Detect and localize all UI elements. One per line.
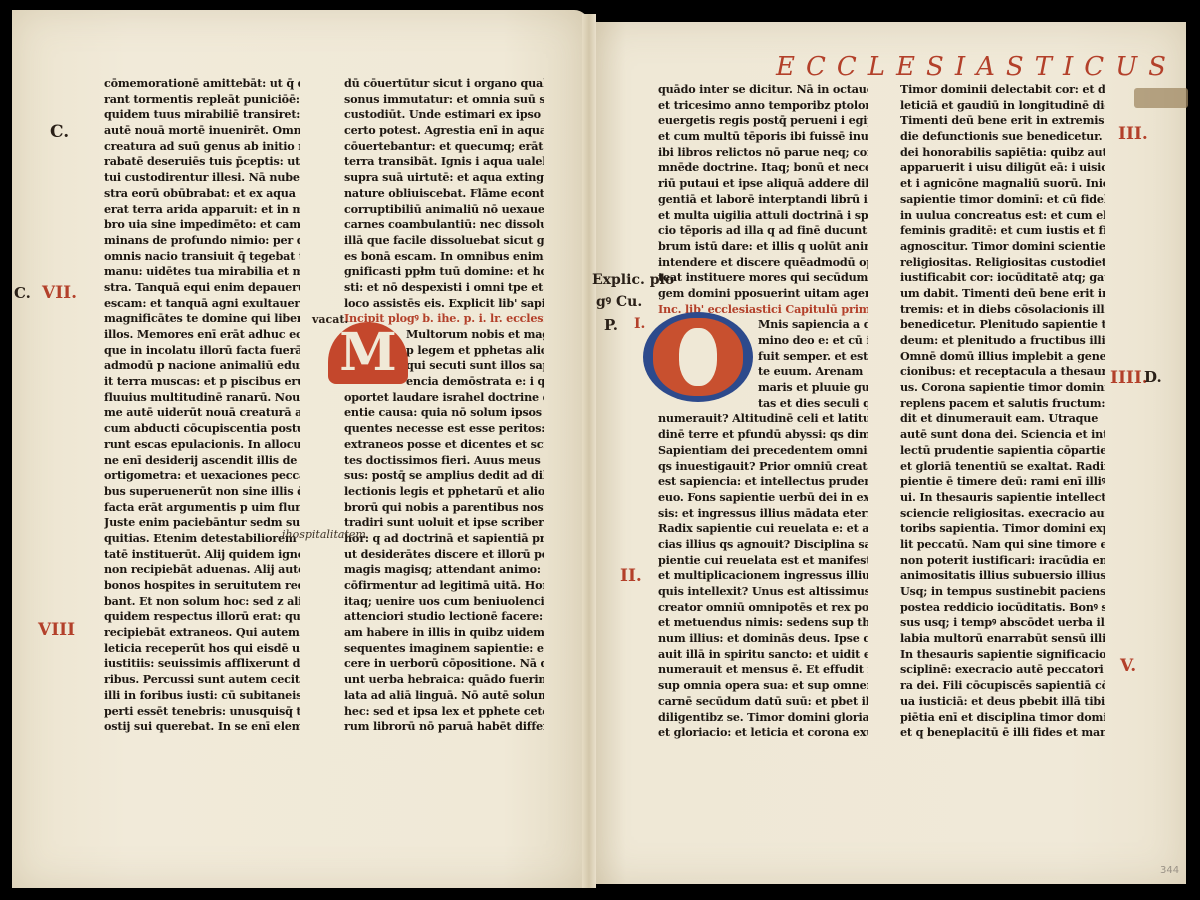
text-line: supra suā uirtutē: et aqua extinguentis — [344, 170, 544, 186]
text-line: ut desiderātes discere et illorū periti … — [344, 547, 544, 563]
margin-i: I. — [634, 316, 645, 332]
text-line: feminis graditē: et cum iustis et fideli… — [900, 223, 1105, 239]
text-line: lata ad aliā linguā. Nō autē solum — [344, 688, 544, 704]
text-line: ne enī desiderij ascendit illis de mari — [104, 453, 300, 469]
text-line: pientie ē timere deū: rami enī illiꝰ lon… — [900, 474, 1105, 490]
text-line: certo potest. Agrestia enī in aquatica — [344, 123, 544, 139]
text-line: rant tormentis repleāt puniciōē: et ipsi — [104, 92, 300, 108]
text-line: ua iusticiā: et deus pbebit illā tibi. S… — [900, 694, 1105, 710]
text-line: entie causa: quia nō solum ipsos lo- — [344, 405, 544, 421]
text-line: cōmemorationē amittebāt: ut q̄ dee- — [104, 76, 300, 92]
illuminated-initial-m: M — [328, 322, 408, 384]
text-line: cōfirmentur ad legitimā uitā. Hortor — [344, 578, 544, 594]
text-line: hec: sed et ipsa lex et pphete ceteraq; … — [344, 704, 544, 720]
text-line: us. Corona sapientie timor domini: — [900, 380, 1105, 396]
text-line: apparuerit i uisu diligūt eā: i uisione — [900, 160, 1105, 176]
right-column-2: Timor dominii delectabit cor: et dabitle… — [900, 82, 1105, 741]
text-line: lectū prudentie sapientia cōpartietur: — [900, 443, 1105, 459]
text-line: custodiūt. Unde estimari ex ipso uisu — [344, 107, 544, 123]
text-line: quentes necesse est esse peritos: sed et… — [344, 421, 544, 437]
text-line: euergetis regis postq̄ perueni i egiptū: — [658, 113, 868, 129]
text-line: creator omniū omnipotēs et rex poten- — [658, 600, 868, 616]
text-line: lit peccatū. Nam qui sine timore est — [900, 537, 1105, 553]
book-gutter — [582, 14, 596, 888]
text-line: erat terra arida apparuit: et in mari ru… — [104, 202, 300, 218]
paper-stain — [1134, 88, 1188, 108]
text-line: gentiā et laborē interptandi librū istū: — [658, 192, 868, 208]
text-line: dei honorabilis sapiētia: quibz autē — [900, 145, 1105, 161]
text-line: quādo inter se dicitur. Nā in octauo — [658, 82, 868, 98]
text-line: corruptibiliū animaliū nō uexauerūt — [344, 202, 544, 218]
text-line: animositatis illius subuersio illius ē. — [900, 568, 1105, 584]
text-line: minans de profundo nimio: per quē — [104, 233, 300, 249]
text-line: deum: et plenitudo a fructibus illius. — [900, 333, 1105, 349]
text-line: autē nouā mortē inuenirēt. Omnis enī — [104, 123, 300, 139]
text-line: loco assistēs eis. Explicit lib' sapie C… — [344, 296, 544, 312]
text-line: benedicetur. Plenitudo sapientie timere — [900, 317, 1105, 333]
text-line: et gloriā tenentiū se exaltat. Radix sa- — [900, 459, 1105, 475]
text-line: in uulua concreatus est: et cum electis — [900, 208, 1105, 224]
text-line: illā que facile dissoluebat sicut glaci- — [344, 233, 544, 249]
margin-d: D. — [1144, 368, 1162, 386]
text-line: itaq; uenire uos cum beniuolencia et — [344, 594, 544, 610]
text-line: et multiplicacionem ingressus illius — [658, 568, 868, 584]
text-line: est sapiencia: et intellectus prudencie … — [658, 474, 868, 490]
text-line: Usq; in tempus sustinebit paciens: et — [900, 584, 1105, 600]
text-line: In thesauris sapientie significacio di- — [900, 647, 1105, 663]
text-line: nature obliuiscebat. Flāme econtrario — [344, 186, 544, 202]
text-line: replens pacem et salutis fructum: et ui- — [900, 396, 1105, 412]
text-line: autē sunt dona dei. Sciencia et intel- — [900, 427, 1105, 443]
text-line: cionibus: et receptacula a thesauris ill… — [900, 364, 1105, 380]
text-line: omnis nacio transiuit q̄ tegebat tua — [104, 249, 300, 265]
text-line: illi in foribus iusti: cū subitaneis co- — [104, 688, 300, 704]
left-column-2: dū cōuertūtur sicut i organo qualitatiss… — [344, 76, 544, 735]
text-line: et multa uigilia attuli doctrinā i spa- — [658, 208, 868, 224]
text-line: piētia enī et disciplina timor domini: — [900, 710, 1105, 726]
text-line: facta erāt argumentis p uim fluminū. — [104, 500, 300, 516]
text-line: toribs sapientia. Timor domini expellit — [900, 521, 1105, 537]
text-line: creatura ad suū genus ab initio refigu- — [104, 139, 300, 155]
text-line: riū putaui et ipse aliquā addere dili- — [658, 176, 868, 192]
text-line: quidem tuus mirabiliē transiret: illi — [104, 107, 300, 123]
text-line: it terra muscas: et p piscibus eructauit — [104, 374, 300, 390]
text-line: Radix sapientie cui reuelata e: et astu- — [658, 521, 868, 537]
text-line: euo. Fons sapientie uerbū dei in excel- — [658, 490, 868, 506]
text-line: gem domini pposuerint uitam agere. — [658, 286, 868, 302]
text-line: sonus immutatur: et omnia suū sonum — [344, 92, 544, 108]
text-line: stra eorū obūbrabat: et ex aqua q̄ ante — [104, 186, 300, 202]
text-line: ostij sui querebat. In se enī elementa — [104, 719, 300, 735]
text-line: Timor dominii delectabit cor: et dabit — [900, 82, 1105, 98]
text-line: es bonā escam. In omnibus enim ma- — [344, 249, 544, 265]
text-line: attenciori studio lectionē facere: et ue… — [344, 609, 544, 625]
text-line: ibi libros relictos nō parue neq; contē- — [658, 145, 868, 161]
text-line: dit et dinumerauit eam. Utraque — [900, 411, 1105, 427]
text-line: et q beneplacitū ē illi fides et mansuet… — [900, 725, 1105, 741]
text-line: carnes coambulantiū: nec dissoluebant — [344, 217, 544, 233]
text-line: me autē uiderūt nouā creaturā auiū: — [104, 405, 300, 421]
text-line: et metuendus nimis: sedens sup thro- — [658, 615, 868, 631]
text-line: tradiri sunt uoluit et ipse scribere ali… — [344, 515, 544, 531]
text-line: hor: q ad doctrinā et sapientiā priner: — [344, 531, 544, 547]
text-line: illos. Memores enī erāt adhuc eorū — [104, 327, 300, 343]
text-line: bus superuenerūt non sine illis q̄ ante — [104, 484, 300, 500]
text-line: sus: postq̄ se amplius dedit ad diligēti… — [344, 468, 544, 484]
text-line: am habere in illis in quibz uidemur — [344, 625, 544, 641]
text-line: cio tēporis ad illa q ad finē ducunt li- — [658, 223, 868, 239]
text-line: cōuertebantur: et quecumq; erāt natātia … — [344, 139, 544, 155]
text-line: tui custodirentur illesi. Nā nubes ca- — [104, 170, 300, 186]
text-line: labia multorū enarrabūt sensū illiꝰ. — [900, 631, 1105, 647]
text-line: rabatē deseruiēs tuis p̄ceptis: ut pueri — [104, 154, 300, 170]
text-line: non poterit iustificari: iracūdia enim — [900, 553, 1105, 569]
text-line: sapientie timor dominī: et cū fidelibs — [900, 192, 1105, 208]
text-line: magis magisq; attendant animo: et — [344, 562, 544, 578]
margin-note-vii: VII. — [42, 283, 77, 303]
text-line: Juste enim paciebāntur sedm suas ne- — [104, 515, 300, 531]
text-line: non recipiebāt aduenas. Alij autem — [104, 562, 300, 578]
text-line: lectionis legis et pphetarū et aliorū li… — [344, 484, 544, 500]
margin-note-c-top: C. — [50, 122, 69, 142]
margin-note-c-mid: C. — [14, 284, 31, 302]
text-line: bant. Et non solum hoc: sed z alius — [104, 594, 300, 610]
margin-ii: II. — [620, 566, 642, 586]
text-line: admodū p nacione animaliū eduxē- — [104, 358, 300, 374]
text-line: postea reddicio iocūditatis. Bonꝰ sen- — [900, 600, 1105, 616]
text-line: extraneos posse et dicentes et scriben- — [344, 437, 544, 453]
text-line: numerauit? Altitudinē celi et latitu- — [658, 411, 868, 427]
text-line: leticia receperūt hos qui eisdē usi erāt — [104, 641, 300, 657]
text-line: magnificātes te domine qui liberasti — [104, 311, 300, 327]
text-line: iustitiis: seuissimis afflixerunt dolo- — [104, 656, 300, 672]
text-line: quidem respectus illorū erat: quī inuiti — [104, 609, 300, 625]
text-line: et tricesimo anno temporibz ptolomei — [658, 98, 868, 114]
text-line: tremis: et in diebs cōsolacionis illius — [900, 302, 1105, 318]
text-line: brum istū dare: et illis q uolūt animū — [658, 239, 868, 255]
text-line: diligentibz se. Timor domini gloria — [658, 710, 868, 726]
text-line: ui. In thesauris sapientie intellectꝰ et — [900, 490, 1105, 506]
text-line: ra dei. Fili cōcupiscēs sapientiā cōser- — [900, 678, 1105, 694]
hospitalitatem-note: ihospitalitatem — [282, 528, 366, 541]
text-line: Omnē domū illius implebit a genera- — [900, 349, 1105, 365]
text-line: manu: uidētes tua mirabilia et mon- — [104, 264, 300, 280]
text-line: leticiā et gaudiū in longitudinē diez. — [900, 98, 1105, 114]
text-line: perti essēt tenebris: unusquisq̄ trāsitū — [104, 704, 300, 720]
text-line: et gloriacio: et leticia et corona exult… — [658, 725, 868, 741]
text-line: die defunctionis sue benedicetur. Dilect… — [900, 129, 1105, 145]
margin-explicit-2: gꝰ Cu. — [596, 292, 642, 311]
text-line: religiositas. Religiositas custodiet et — [900, 255, 1105, 271]
text-line: auit illā in spiritu sancto: et uidit et… — [658, 647, 868, 663]
text-line: qs inuestigauit? Prior omniū creata — [658, 459, 868, 475]
text-line: pientie cui reuelata est et manifestata: — [658, 553, 868, 569]
margin-v: V. — [1120, 656, 1136, 676]
text-line: sis: et ingressus illius mādata eterna. — [658, 506, 868, 522]
text-line: sup omnia opera sua: et sup omnem — [658, 678, 868, 694]
text-line: escam: et tanquā agni exultauerunt — [104, 296, 300, 312]
text-line: sequentes imaginem sapientie: et defi- — [344, 641, 544, 657]
text-line: ribus. Percussi sunt autem cecitate: sic… — [104, 672, 300, 688]
text-line: sus usq; i tempꝰ abscōdet uerba illiꝰ: e… — [900, 615, 1105, 631]
text-line: num illius: et dominās deus. Ipse cre- — [658, 631, 868, 647]
text-line: fluuius multitudinē ranarū. Nouissi- — [104, 390, 300, 406]
text-line: mnēde doctrine. Itaq; bonū et necessa- — [658, 160, 868, 176]
text-line: unt uerba hebraica: quādo fuerint trans — [344, 672, 544, 688]
text-line: bro uia sine impedimēto: et campus ger- — [104, 217, 300, 233]
text-line: sti: et nō despexisti i omni tpe et i om… — [344, 280, 544, 296]
text-line: tatē instituerūt. Alij quidem ignotos — [104, 547, 300, 563]
text-line: carnē secūdum datū suū: et pbet illam — [658, 694, 868, 710]
text-line: cias illius qs agnouit? Disciplina sa- — [658, 537, 868, 553]
text-line: gnificasti ppłm tuū domine: et honora- — [344, 264, 544, 280]
margin-note-viii: VIII — [38, 620, 75, 640]
text-line: bonos hospites in seruitutem redige- — [104, 578, 300, 594]
margin-p: P. — [604, 316, 618, 334]
text-line: um dabit. Timenti deū bene erit in ex- — [900, 286, 1105, 302]
text-line: intendere et discere quēadmodū opor- — [658, 255, 868, 271]
folio-number: 344 — [1160, 865, 1179, 876]
text-line: iustificabit cor: iocūditatē atq; gaudi- — [900, 270, 1105, 286]
text-line: sciplinē: execracio autē peccatori cultu… — [900, 662, 1105, 678]
text-line: stra. Tanquā equi enim depauerunt — [104, 280, 300, 296]
text-line: brorū qui nobis a parentibus nostris — [344, 500, 544, 516]
text-line: et cum multū tēporis ibi fuissē inueni — [658, 129, 868, 145]
text-line: rum librorū nō paruā habēt differenciā — [344, 719, 544, 735]
text-line: Timenti deū bene erit in extremis: et in — [900, 113, 1105, 129]
text-line: agnoscitur. Timor domini scientie — [900, 239, 1105, 255]
text-line: terra transibāt. Ignis i aqua ualebat — [344, 154, 544, 170]
illuminated-initial-o — [643, 312, 753, 402]
text-line: dinē terre et pfundū abyssi: qs dimēsus … — [658, 427, 868, 443]
text-line: runt escas epulacionis. In allocucio- — [104, 437, 300, 453]
text-line: cum abducti cōcupiscentia postulaue- — [104, 421, 300, 437]
text-line: recipiebāt extraneos. Qui autem cum — [104, 625, 300, 641]
right-column-1: quādo inter se dicitur. Nā in octauoet t… — [658, 82, 868, 741]
left-column-1: cōmemorationē amittebāt: ut q̄ dee-rant … — [104, 76, 300, 735]
text-line: quitias. Etenim detestabiliorem — [104, 531, 300, 547]
text-line: ortigometra: et uexaciones peccatori- — [104, 468, 300, 484]
text-line: dū cōuertūtur sicut i organo qualitatis — [344, 76, 544, 92]
text-line: Sapientiam dei precedentem omnia: — [658, 443, 868, 459]
text-line: tes doctissimos fieri. Auus meus ihe- — [344, 453, 544, 469]
text-line: teat instituere mores qui secūdum le- — [658, 270, 868, 286]
running-head: ECCLESIASTICUS — [776, 52, 1177, 82]
margin-iii: III. — [1118, 124, 1148, 144]
text-line: que in incolatu illorū facta fuerāt: quē… — [104, 343, 300, 359]
text-line: oportet laudare israhel doctrine et sapi… — [344, 390, 544, 406]
text-line: sciencie religiositas. execracio autē pe… — [900, 506, 1105, 522]
text-line: et i agnicōne magnaliū suorū. Inicium — [900, 176, 1105, 192]
margin-iiii: IIII. — [1110, 368, 1148, 388]
text-line: numerauit et mensus ē. Et effudit illā — [658, 662, 868, 678]
text-line: quis intellexit? Unus est altissimus — [658, 584, 868, 600]
text-line: cere in uerborū cōpositione. Nā defici- — [344, 656, 544, 672]
